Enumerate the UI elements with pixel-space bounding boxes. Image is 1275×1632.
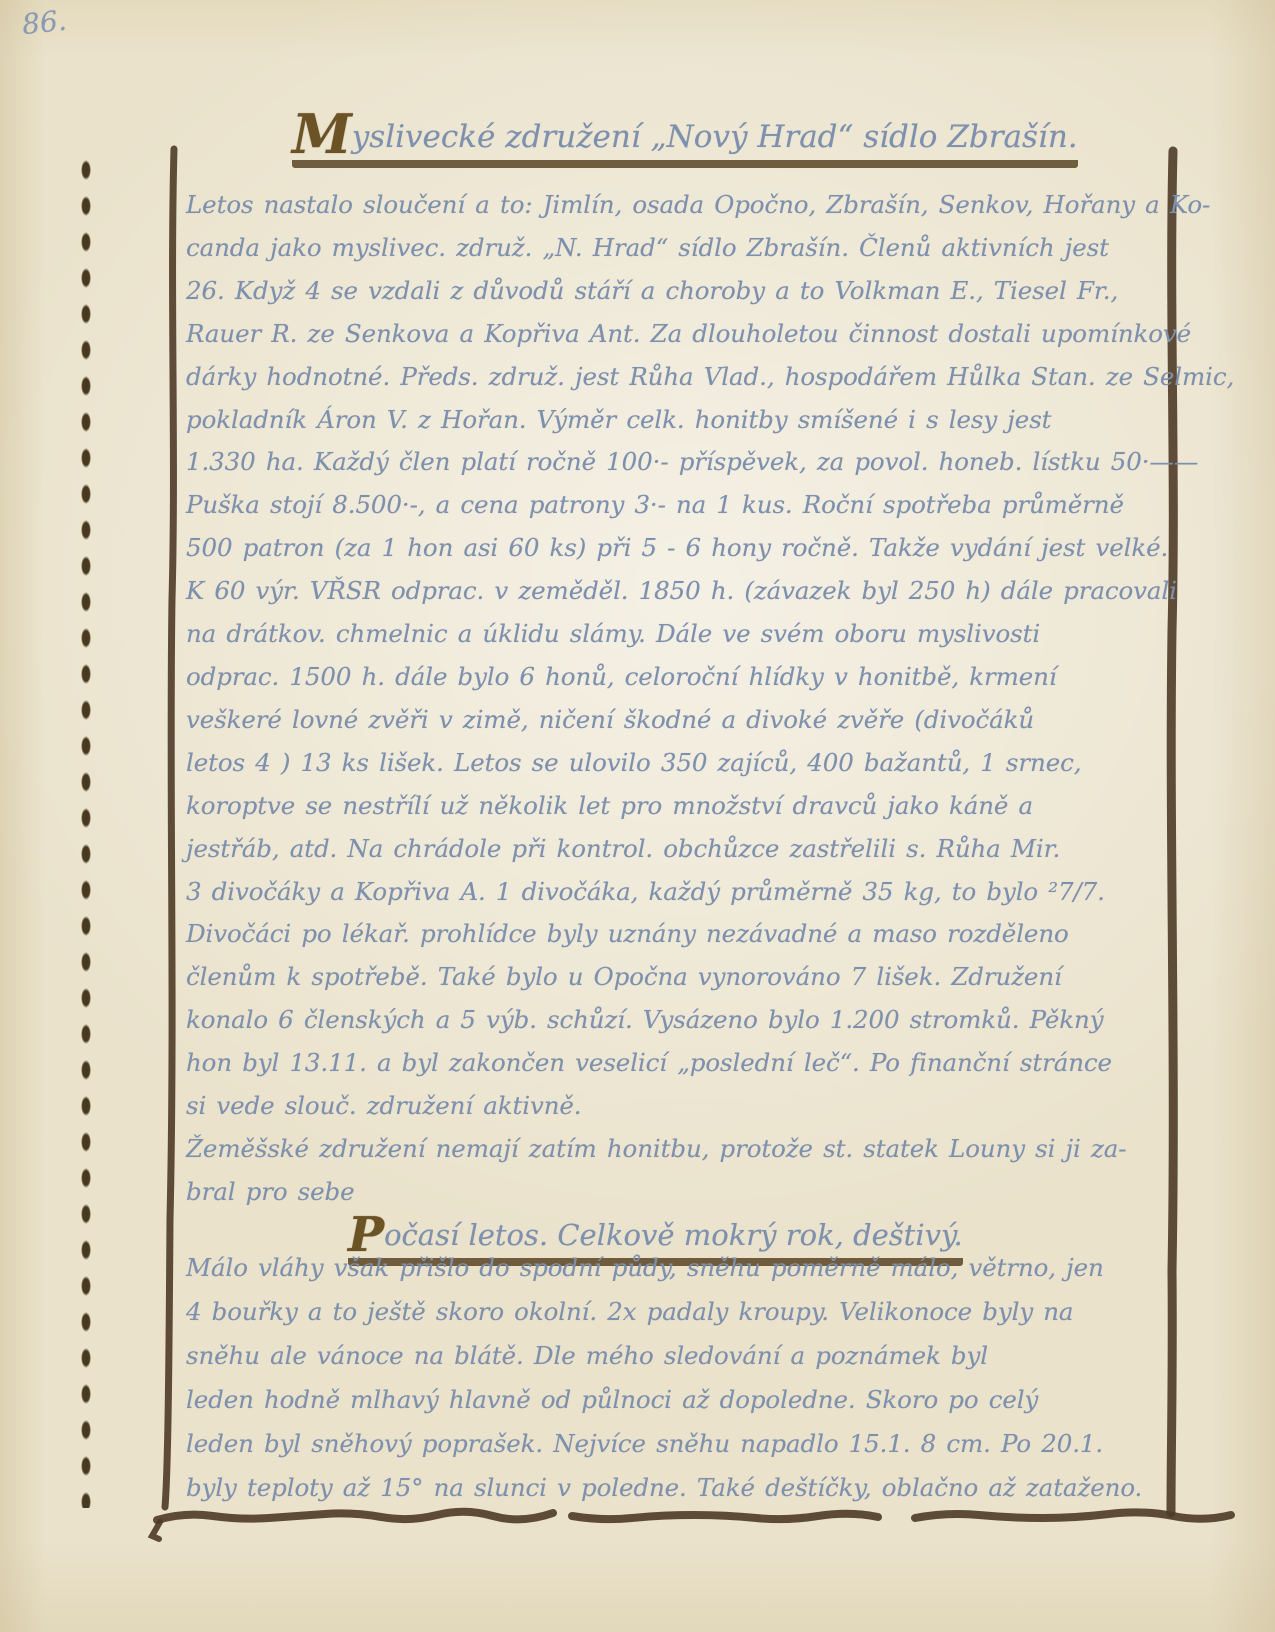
handwritten-line: jestřáb, atd. Na chrádole při kontrol. o… — [186, 828, 1171, 871]
hunting-title-underline: Myslivecké združení „Nový Hrad“ sídlo Zb… — [292, 116, 1078, 168]
hunting-section-title: Myslivecké združení „Nový Hrad“ sídlo Zb… — [292, 116, 1078, 168]
handwritten-line: 4 bouřky a to ještě skoro okolní. 2x pad… — [186, 1290, 1171, 1334]
handwritten-line: canda jako myslivec. združ. „N. Hrad“ sí… — [186, 227, 1171, 270]
handwritten-line: konalo 6 členských a 5 výb. schůzí. Vysá… — [186, 999, 1171, 1042]
handwritten-line: Letos nastalo sloučení a to: Jimlín, osa… — [186, 184, 1171, 227]
hunting-paragraph: Letos nastalo sloučení a to: Jimlín, osa… — [186, 184, 1171, 1214]
handwritten-line: 3 divočáky a Kopřiva A. 1 divočáka, každ… — [186, 871, 1171, 914]
handwritten-line: 500 patron (za 1 hon asi 60 ks) při 5 - … — [186, 527, 1171, 570]
chronicle-page-scan: { "page": { "number": "86.", "paper_colo… — [0, 0, 1275, 1632]
handwritten-line: byly teploty až 15° na slunci v poledne.… — [186, 1466, 1171, 1510]
handwritten-line: bral pro sebe — [186, 1171, 1171, 1214]
handwritten-line: Divočáci po lékař. prohlídce byly uznány… — [186, 913, 1171, 956]
handwritten-line: pokladník Áron V. z Hořan. Výměr celk. h… — [186, 399, 1171, 442]
weather-paragraph: Málo vláhy však přišlo do spodní půdy, s… — [186, 1246, 1171, 1510]
handwritten-line: K 60 výr. VŘSR odprac. v zeměděl. 1850 h… — [186, 570, 1171, 613]
handwritten-line: leden byl sněhový poprašek. Nejvíce sněh… — [186, 1422, 1171, 1466]
handwritten-line: leden hodně mlhavý hlavně od půlnoci až … — [186, 1378, 1171, 1422]
handwritten-line: Puška stojí 8.500·-, a cena patrony 3·- … — [186, 484, 1171, 527]
handwritten-line: Rauer R. ze Senkova a Kopřiva Ant. Za dl… — [186, 313, 1171, 356]
handwritten-line: dárky hodnotné. Předs. združ. jest Růha … — [186, 356, 1171, 399]
handwritten-line: sněhu ale vánoce na blátě. Dle mého sled… — [186, 1334, 1171, 1378]
page-content: Myslivecké združení „Nový Hrad“ sídlo Zb… — [0, 0, 1275, 1632]
handwritten-line: Žeměšské združení nemají zatím honitbu, … — [186, 1128, 1171, 1171]
handwritten-line: Málo vláhy však přišlo do spodní půdy, s… — [186, 1246, 1171, 1290]
handwritten-line: si vede slouč. združení aktivně. — [186, 1085, 1171, 1128]
handwritten-line: veškeré lovné zvěři v zimě, ničení škodn… — [186, 699, 1171, 742]
handwritten-line: hon byl 13.11. a byl zakončen veselicí „… — [186, 1042, 1171, 1085]
handwritten-line: odprac. 1500 h. dále bylo 6 honů, celoro… — [186, 656, 1171, 699]
handwritten-line: členům k spotřebě. Také bylo u Opočna vy… — [186, 956, 1171, 999]
handwritten-line: 1.330 ha. Každý člen platí ročně 100·- p… — [186, 441, 1171, 484]
handwritten-line: na drátkov. chmelnic a úklidu slámy. Dál… — [186, 613, 1171, 656]
handwritten-line: koroptve se nestřílí už několik let pro … — [186, 785, 1171, 828]
handwritten-line: 26. Když 4 se vzdali z důvodů stáří a ch… — [186, 270, 1171, 313]
handwritten-line: letos 4 ) 13 ks lišek. Letos se ulovilo … — [186, 742, 1171, 785]
hunting-title-text: yslivecké združení „Nový Hrad“ sídlo Zbr… — [352, 119, 1078, 155]
hunting-title-initial: M — [292, 116, 352, 154]
